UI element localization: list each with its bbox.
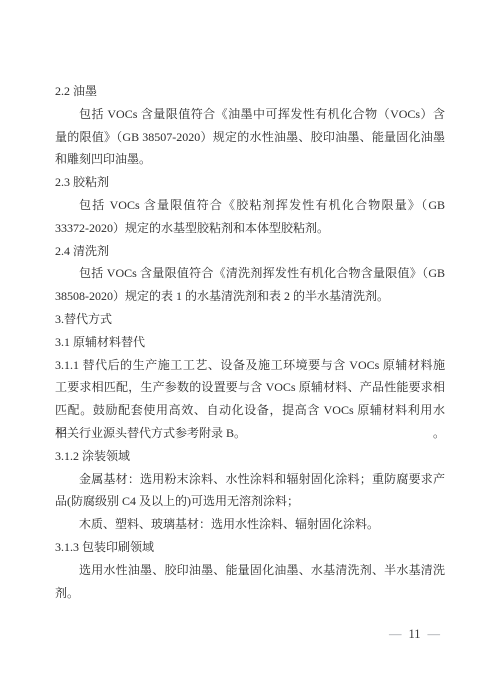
- text-line: 选用水性油墨、胶印油墨、能量固化油墨、水基清洗剂、半水基清洗: [55, 559, 445, 582]
- text-line: 33372-2020）规定的水基型胶粘剂和本体型胶粘剂。: [55, 217, 445, 240]
- text-line: 包括 VOCs 含量限值符合《胶粘剂挥发性有机化合物限量》（GB: [55, 194, 445, 217]
- text-line: 品(防腐级别 C4 及以上的)可选用无溶剂涂料；: [55, 490, 445, 513]
- text-line: 3.1.1 替代后的生产施工工艺、设备及施工环境要与含 VOCs 原辅材料施: [55, 354, 445, 377]
- page-number: —11—: [389, 624, 440, 644]
- text-line: 3.1.2 涂装领域: [55, 445, 445, 468]
- text-line: 金属基材：选用粉末涂料、水性涂料和辐射固化涂料；重防腐要求产: [55, 468, 445, 491]
- text-line: 剂。: [55, 582, 445, 605]
- text-line: 和雕刻凹印油墨。: [55, 148, 445, 171]
- text-line: 2.4 清洗剂: [55, 240, 445, 263]
- text-line: 工要求相匹配，生产参数的设置要与含 VOCs 原辅材料、产品性能要求相: [55, 376, 445, 399]
- text-line: 包括 VOCs 含量限值符合《油墨中可挥发性有机化合物（VOCs）含: [55, 103, 445, 126]
- document-body: 2.2 油墨包括 VOCs 含量限值符合《油墨中可挥发性有机化合物（VOCs）含…: [55, 80, 445, 604]
- text-line: 2.2 油墨: [55, 80, 445, 103]
- text-line: 木质、塑料、玻璃基材：选用水性涂料、辐射固化涂料。: [55, 513, 445, 536]
- document-page: 2.2 油墨包括 VOCs 含量限值符合《油墨中可挥发性有机化合物（VOCs）含…: [0, 0, 495, 699]
- text-line: 量的限值》（GB 38507-2020）规定的水性油墨、胶印油墨、能量固化油墨: [55, 126, 445, 149]
- page-number-value: 11: [408, 627, 420, 641]
- text-line: 包括 VOCs 含量限值符合《清洗剂挥发性有机化合物含量限值》（GB: [55, 262, 445, 285]
- text-line: 3.替代方式: [55, 308, 445, 331]
- text-line: 3.1.3 包装印刷领域: [55, 536, 445, 559]
- text-line: 2.3 胶粘剂: [55, 171, 445, 194]
- text-line: 匹配。鼓励配套使用高效、自动化设备，提高含 VOCs 原辅材料利用水平。: [55, 399, 445, 422]
- page-number-left-dash: —: [389, 627, 402, 641]
- page-number-right-dash: —: [428, 627, 441, 641]
- text-line: 3.1 原辅材料替代: [55, 331, 445, 354]
- text-line: 38508-2020）规定的表 1 的水基清洗剂和表 2 的半水基清洗剂。: [55, 285, 445, 308]
